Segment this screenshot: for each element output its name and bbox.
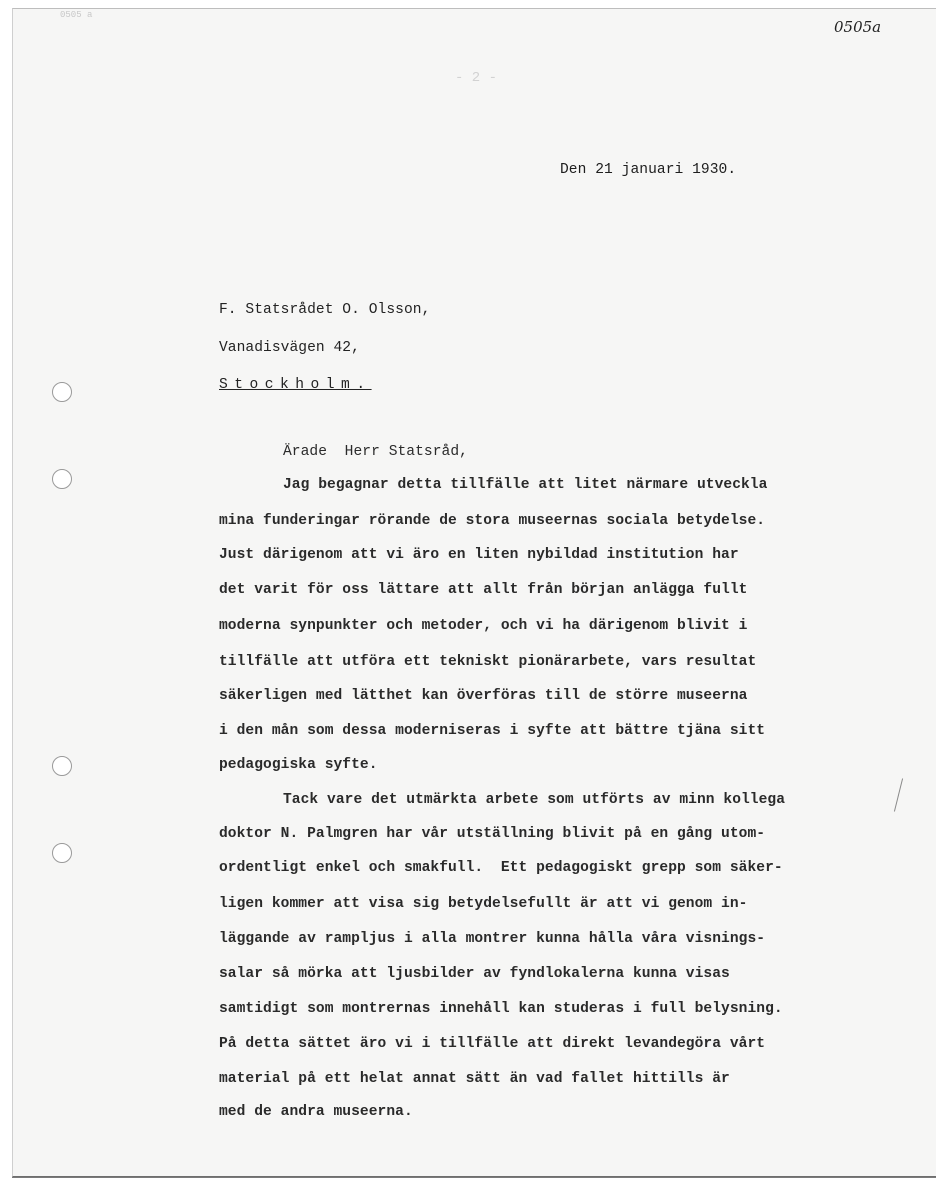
body-line: På detta sättet äro vi i tillfälle att d… xyxy=(219,1036,765,1052)
body-line: läggande av rampljus i alla montrer kunn… xyxy=(219,931,765,947)
punch-hole-icon xyxy=(52,382,72,402)
body-line: i den mån som dessa moderniseras i syfte… xyxy=(219,723,765,739)
body-line: Jag begagnar detta tillfälle att litet n… xyxy=(283,477,767,493)
body-line: tillfälle att utföra ett tekniskt pionär… xyxy=(219,654,756,670)
body-line: Tack vare det utmärkta arbete som utfört… xyxy=(283,792,785,808)
body-line: det varit för oss lättare att allt från … xyxy=(219,582,747,598)
body-line: mina funderingar rörande de stora museer… xyxy=(219,513,765,529)
body-line: moderna synpunkter och metoder, och vi h… xyxy=(219,618,747,634)
punch-hole-icon xyxy=(52,756,72,776)
punch-hole-icon xyxy=(52,469,72,489)
body-line: material på ett helat annat sätt än vad … xyxy=(219,1071,730,1087)
letter-date: Den 21 januari 1930. xyxy=(560,162,736,178)
body-line: säkerligen med lätthet kan överföras til… xyxy=(219,688,747,704)
archive-number: 0505a xyxy=(834,18,881,36)
body-line: med de andra museerna. xyxy=(219,1104,413,1120)
body-line: Just därigenom att vi äro en liten nybil… xyxy=(219,547,739,563)
body-line: doktor N. Palmgren har vår utställning b… xyxy=(219,826,765,842)
salutation: Ärade Herr Statsråd, xyxy=(283,444,468,460)
recipient-name: F. Statsrådet O. Olsson, xyxy=(219,302,430,318)
faint-corner-mark: 0505 a xyxy=(60,10,92,20)
body-line: pedagogiska syfte. xyxy=(219,757,378,773)
body-line: ordentligt enkel och smakfull. Ett pedag… xyxy=(219,860,783,876)
recipient-city: Stockholm. xyxy=(219,377,372,393)
bleed-through-page-number: - 2 - xyxy=(455,70,497,86)
body-line: samtidigt som montrernas innehåll kan st… xyxy=(219,1001,783,1017)
recipient-street: Vanadisvägen 42, xyxy=(219,340,360,356)
punch-hole-icon xyxy=(52,843,72,863)
body-line: ligen kommer att visa sig betydelsefullt… xyxy=(219,896,747,912)
body-line: salar så mörka att ljusbilder av fyndlok… xyxy=(219,966,730,982)
